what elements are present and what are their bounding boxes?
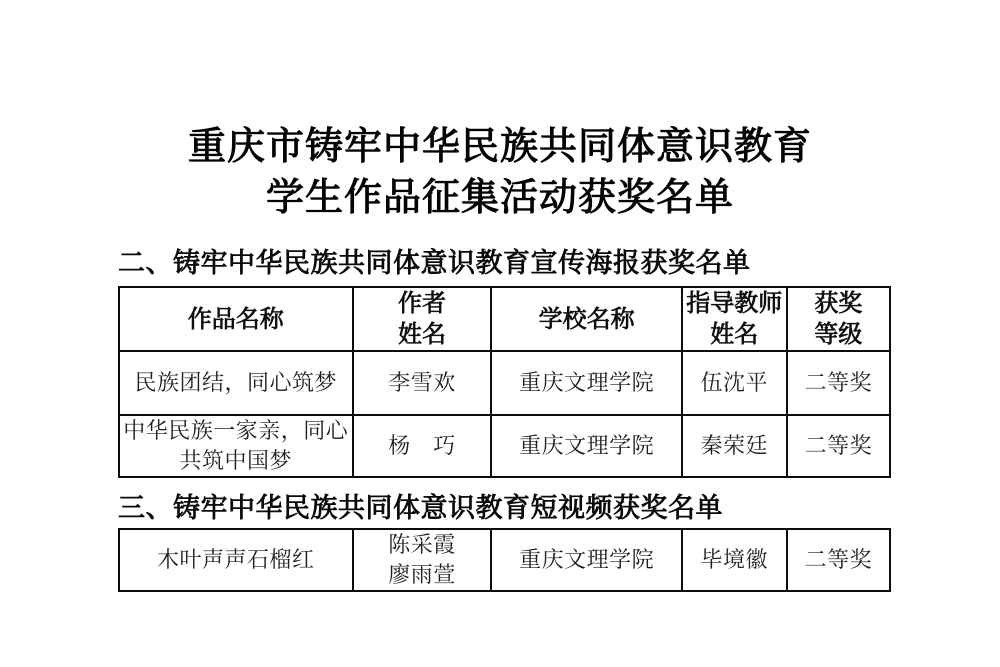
table-row: 木叶声声石榴红 陈采霞 廖雨萱 重庆文理学院 毕境徽 二等奖 (119, 529, 890, 591)
document-title: 重庆市铸牢中华民族共同体意识教育 学生作品征集活动获奖名单 (0, 122, 1000, 224)
document-page: 重庆市铸牢中华民族共同体意识教育 学生作品征集活动获奖名单 二、铸牢中华民族共同… (0, 0, 1000, 667)
cell-work-name: 民族团结，同心筑梦 (119, 351, 353, 415)
col-header-author-name: 作者 姓名 (353, 287, 492, 351)
cell-author-name: 李雪欢 (353, 351, 492, 415)
document-title-line2: 学生作品征集活动获奖名单 (0, 173, 1000, 224)
cell-award-level: 二等奖 (787, 351, 890, 415)
video-awards-table: 木叶声声石榴红 陈采霞 廖雨萱 重庆文理学院 毕境徽 二等奖 (118, 528, 891, 592)
cell-advisor-name: 毕境徽 (682, 529, 787, 591)
table-header-row: 作品名称 作者 姓名 学校名称 指导教师 姓名 获奖 等级 (119, 287, 890, 351)
cell-award-level: 二等奖 (787, 529, 890, 591)
cell-advisor-name: 伍沈平 (682, 351, 787, 415)
col-header-school-name: 学校名称 (491, 287, 681, 351)
cell-award-level: 二等奖 (787, 415, 890, 477)
cell-author-name: 杨 巧 (353, 415, 492, 477)
cell-work-name: 木叶声声石榴红 (119, 529, 353, 591)
col-header-advisor-name: 指导教师 姓名 (682, 287, 787, 351)
cell-advisor-name: 秦荣廷 (682, 415, 787, 477)
section-heading-videos: 三、铸牢中华民族共同体意识教育短视频获奖名单 (118, 491, 723, 525)
table-row: 中华民族一家亲，同心 共筑中国梦 杨 巧 重庆文理学院 秦荣廷 二等奖 (119, 415, 890, 477)
col-header-work-name: 作品名称 (119, 287, 353, 351)
cell-school-name: 重庆文理学院 (491, 351, 681, 415)
poster-awards-table: 作品名称 作者 姓名 学校名称 指导教师 姓名 获奖 等级 民族团结，同心筑梦 … (118, 286, 891, 478)
table-row: 民族团结，同心筑梦 李雪欢 重庆文理学院 伍沈平 二等奖 (119, 351, 890, 415)
section-heading-posters: 二、铸牢中华民族共同体意识教育宣传海报获奖名单 (118, 246, 751, 280)
cell-author-name: 陈采霞 廖雨萱 (353, 529, 492, 591)
cell-school-name: 重庆文理学院 (491, 529, 681, 591)
document-title-line1: 重庆市铸牢中华民族共同体意识教育 (0, 122, 1000, 173)
cell-work-name: 中华民族一家亲，同心 共筑中国梦 (119, 415, 353, 477)
cell-school-name: 重庆文理学院 (491, 415, 681, 477)
col-header-award-level: 获奖 等级 (787, 287, 890, 351)
